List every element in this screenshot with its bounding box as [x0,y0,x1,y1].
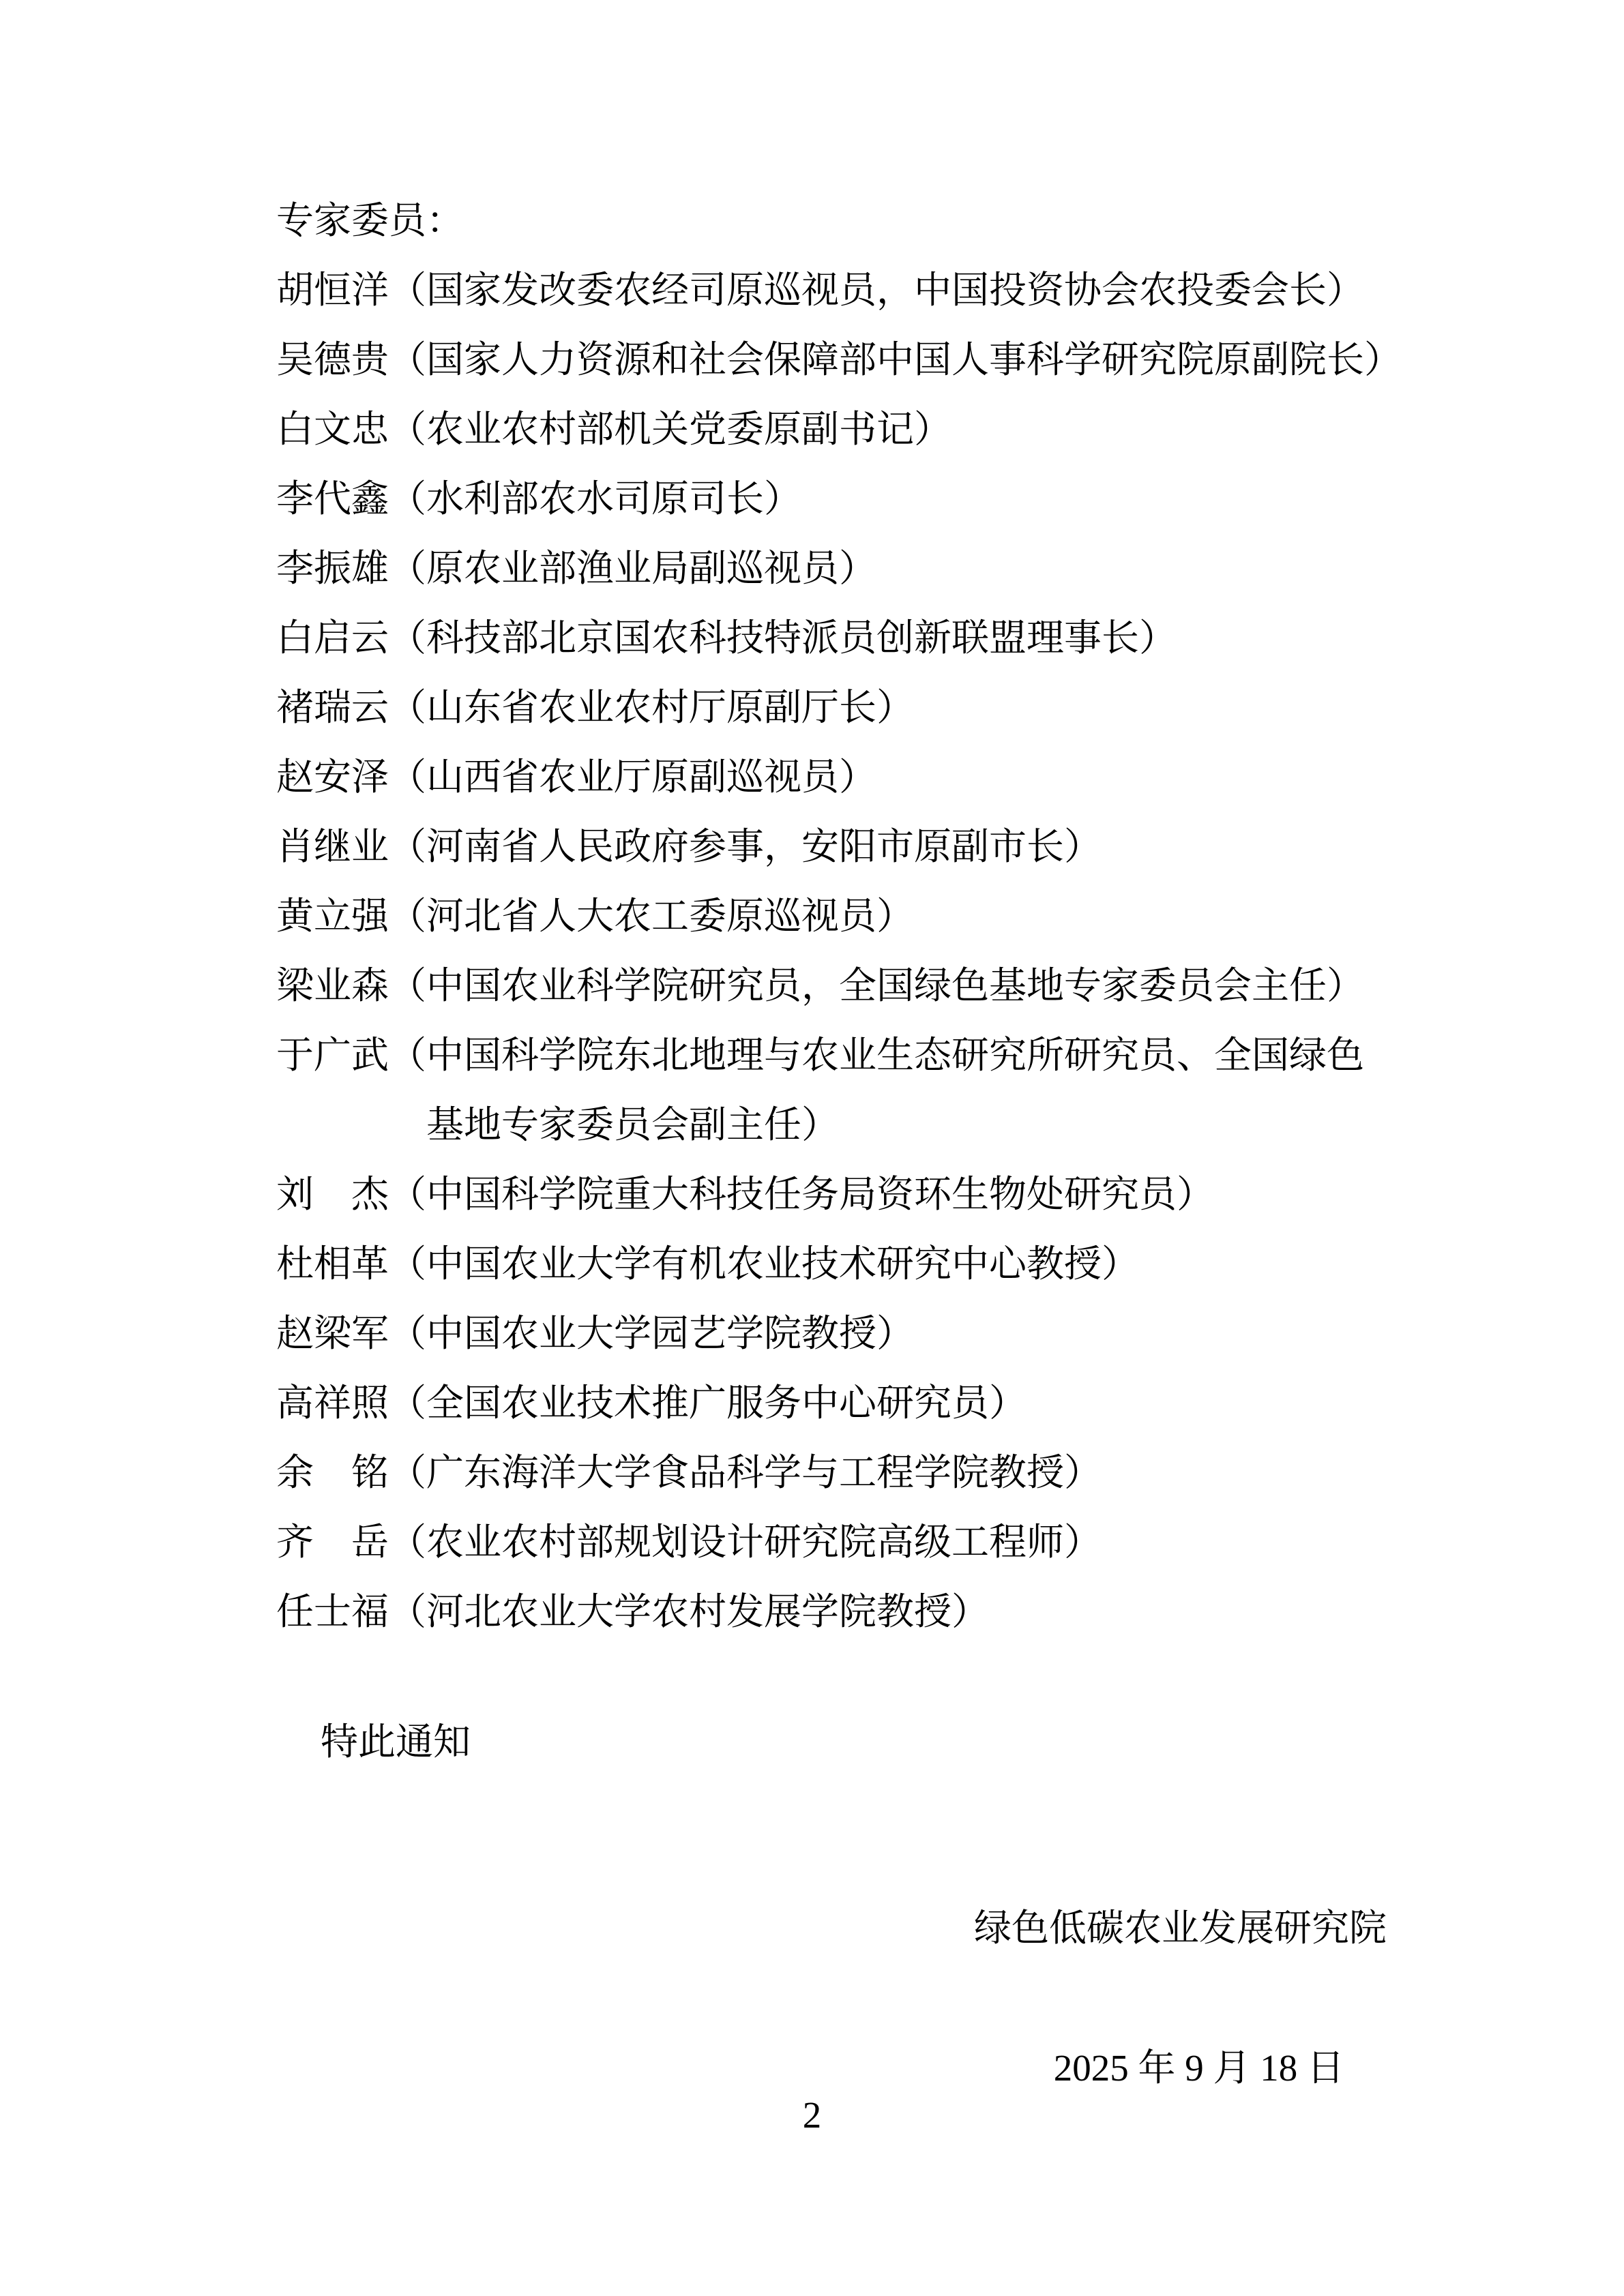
member-line: 黄立强（河北省人大农工委原巡视员） [276,882,1402,951]
member-line: 胡恒洋（国家发改委农经司原巡视员，中国投资协会农投委会长） [276,256,1402,325]
member-line: 李振雄（原农业部渔业局副巡视员） [276,534,1402,603]
member-line: 肖继业（河南省人民政府参事，安阳市原副市长） [276,812,1402,882]
document-page: 专家委员： 胡恒洋（国家发改委农经司原巡视员，中国投资协会农投委会长）吴德贵（国… [0,0,1624,2296]
member-line: 李代鑫（水利部农水司原司长） [276,464,1402,534]
member-line: 基地专家委员会副主任） [276,1090,1402,1160]
member-line: 余 铭（广东海洋大学食品科学与工程学院教授） [276,1438,1402,1508]
member-line: 齐 岳（农业农村部规划设计研究院高级工程师） [276,1508,1402,1577]
member-list-block: 专家委员： 胡恒洋（国家发改委农经司原巡视员，中国投资协会农投委会长）吴德贵（国… [276,186,1402,1647]
signature-date: 2025 年 9 月 18 日 [1054,2033,1344,2103]
member-line: 赵安泽（山西省农业厅原副巡视员） [276,743,1402,812]
signature-org: 绿色低碳农业发展研究院 [974,1894,1387,1963]
member-line: 于广武（中国科学院东北地理与农业生态研究所研究员、全国绿色 [276,1021,1402,1090]
section-heading: 专家委员： [276,186,1402,256]
member-line: 吴德贵（国家人力资源和社会保障部中国人事科学研究院原副院长） [276,325,1402,395]
page-number: 2 [0,2095,1624,2136]
member-list: 胡恒洋（国家发改委农经司原巡视员，中国投资协会农投委会长）吴德贵（国家人力资源和… [276,256,1402,1647]
member-line: 刘 杰（中国科学院重大科技任务局资环生物处研究员） [276,1160,1402,1229]
member-line: 杜相革（中国农业大学有机农业技术研究中心教授） [276,1229,1402,1299]
member-line: 褚瑞云（山东省农业农村厅原副厅长） [276,673,1402,743]
closing-note: 特此通知 [321,1708,471,1777]
member-line: 高祥照（全国农业技术推广服务中心研究员） [276,1369,1402,1438]
member-line: 任士福（河北农业大学农村发展学院教授） [276,1577,1402,1647]
member-line: 赵梁军（中国农业大学园艺学院教授） [276,1299,1402,1369]
member-line: 白启云（科技部北京国农科技特派员创新联盟理事长） [276,603,1402,673]
member-line: 白文忠（农业农村部机关党委原副书记） [276,395,1402,464]
member-line: 梁业森（中国农业科学院研究员，全国绿色基地专家委员会主任） [276,951,1402,1021]
